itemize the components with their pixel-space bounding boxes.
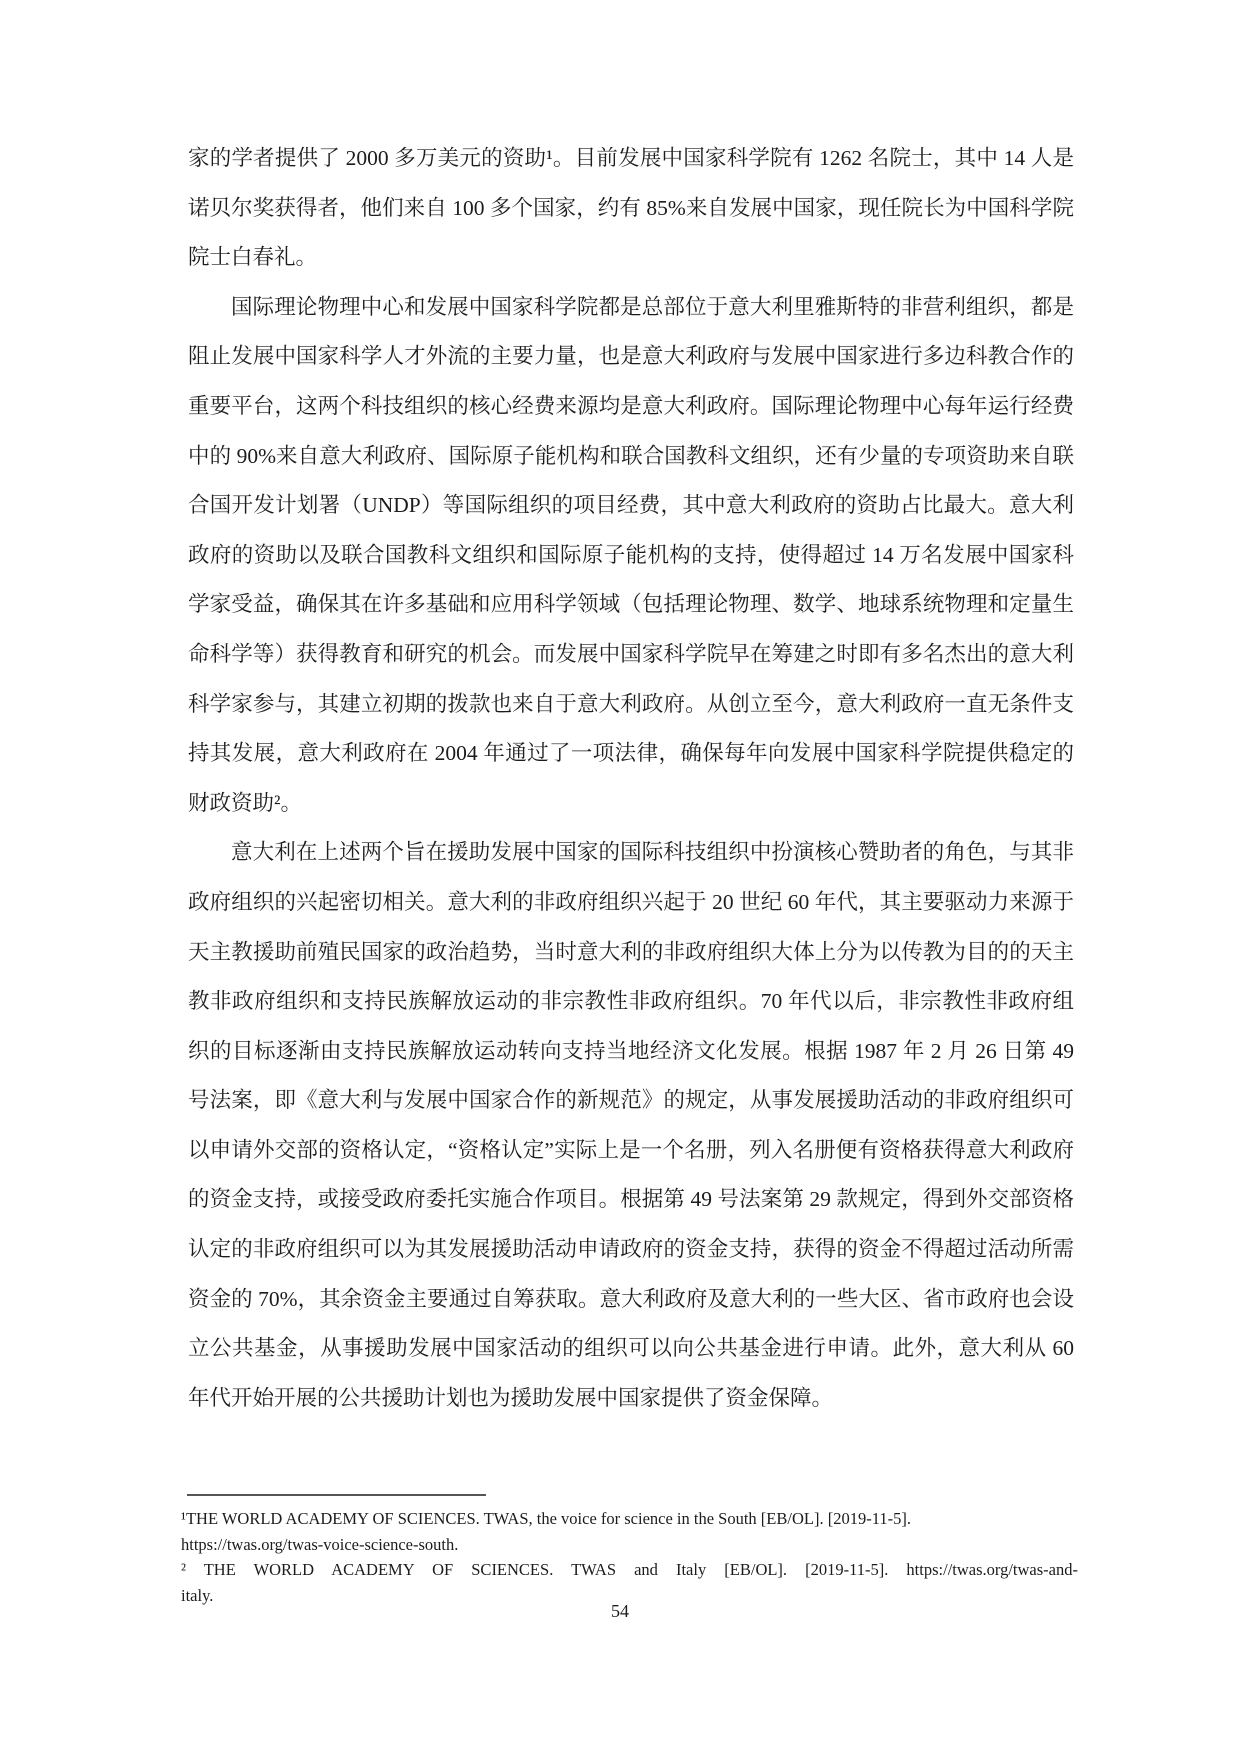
footnote-1: ¹THE WORLD ACADEMY OF SCIENCES. TWAS, th… bbox=[181, 1506, 1078, 1557]
paragraph-ictp-twas-funding: 国际理论物理中心和发展中国家科学院都是总部位于意大利里雅斯特的非营利组织，都是阻… bbox=[188, 283, 1074, 829]
footnotes-section: ¹THE WORLD ACADEMY OF SCIENCES. TWAS, th… bbox=[181, 1494, 1078, 1608]
body-text: 家的学者提供了 2000 多万美元的资助¹。目前发展中国家科学院有 1262 名… bbox=[188, 134, 1074, 1423]
footnote-1-line-1: ¹THE WORLD ACADEMY OF SCIENCES. TWAS, th… bbox=[181, 1506, 1078, 1532]
document-page: 家的学者提供了 2000 多万美元的资助¹。目前发展中国家科学院有 1262 名… bbox=[0, 0, 1240, 1753]
paragraph-ngo-history: 意大利在上述两个旨在援助发展中国家的国际科技组织中扮演核心赞助者的角色，与其非政… bbox=[188, 828, 1074, 1423]
footnote-1-line-2: https://twas.org/twas-voice-science-sout… bbox=[181, 1532, 1078, 1558]
paragraph-continuation: 家的学者提供了 2000 多万美元的资助¹。目前发展中国家科学院有 1262 名… bbox=[188, 134, 1074, 283]
footnote-2-line-1: ² THE WORLD ACADEMY OF SCIENCES. TWAS an… bbox=[181, 1557, 1078, 1583]
page-number: 54 bbox=[0, 1601, 1240, 1622]
footnote-separator bbox=[187, 1494, 486, 1496]
